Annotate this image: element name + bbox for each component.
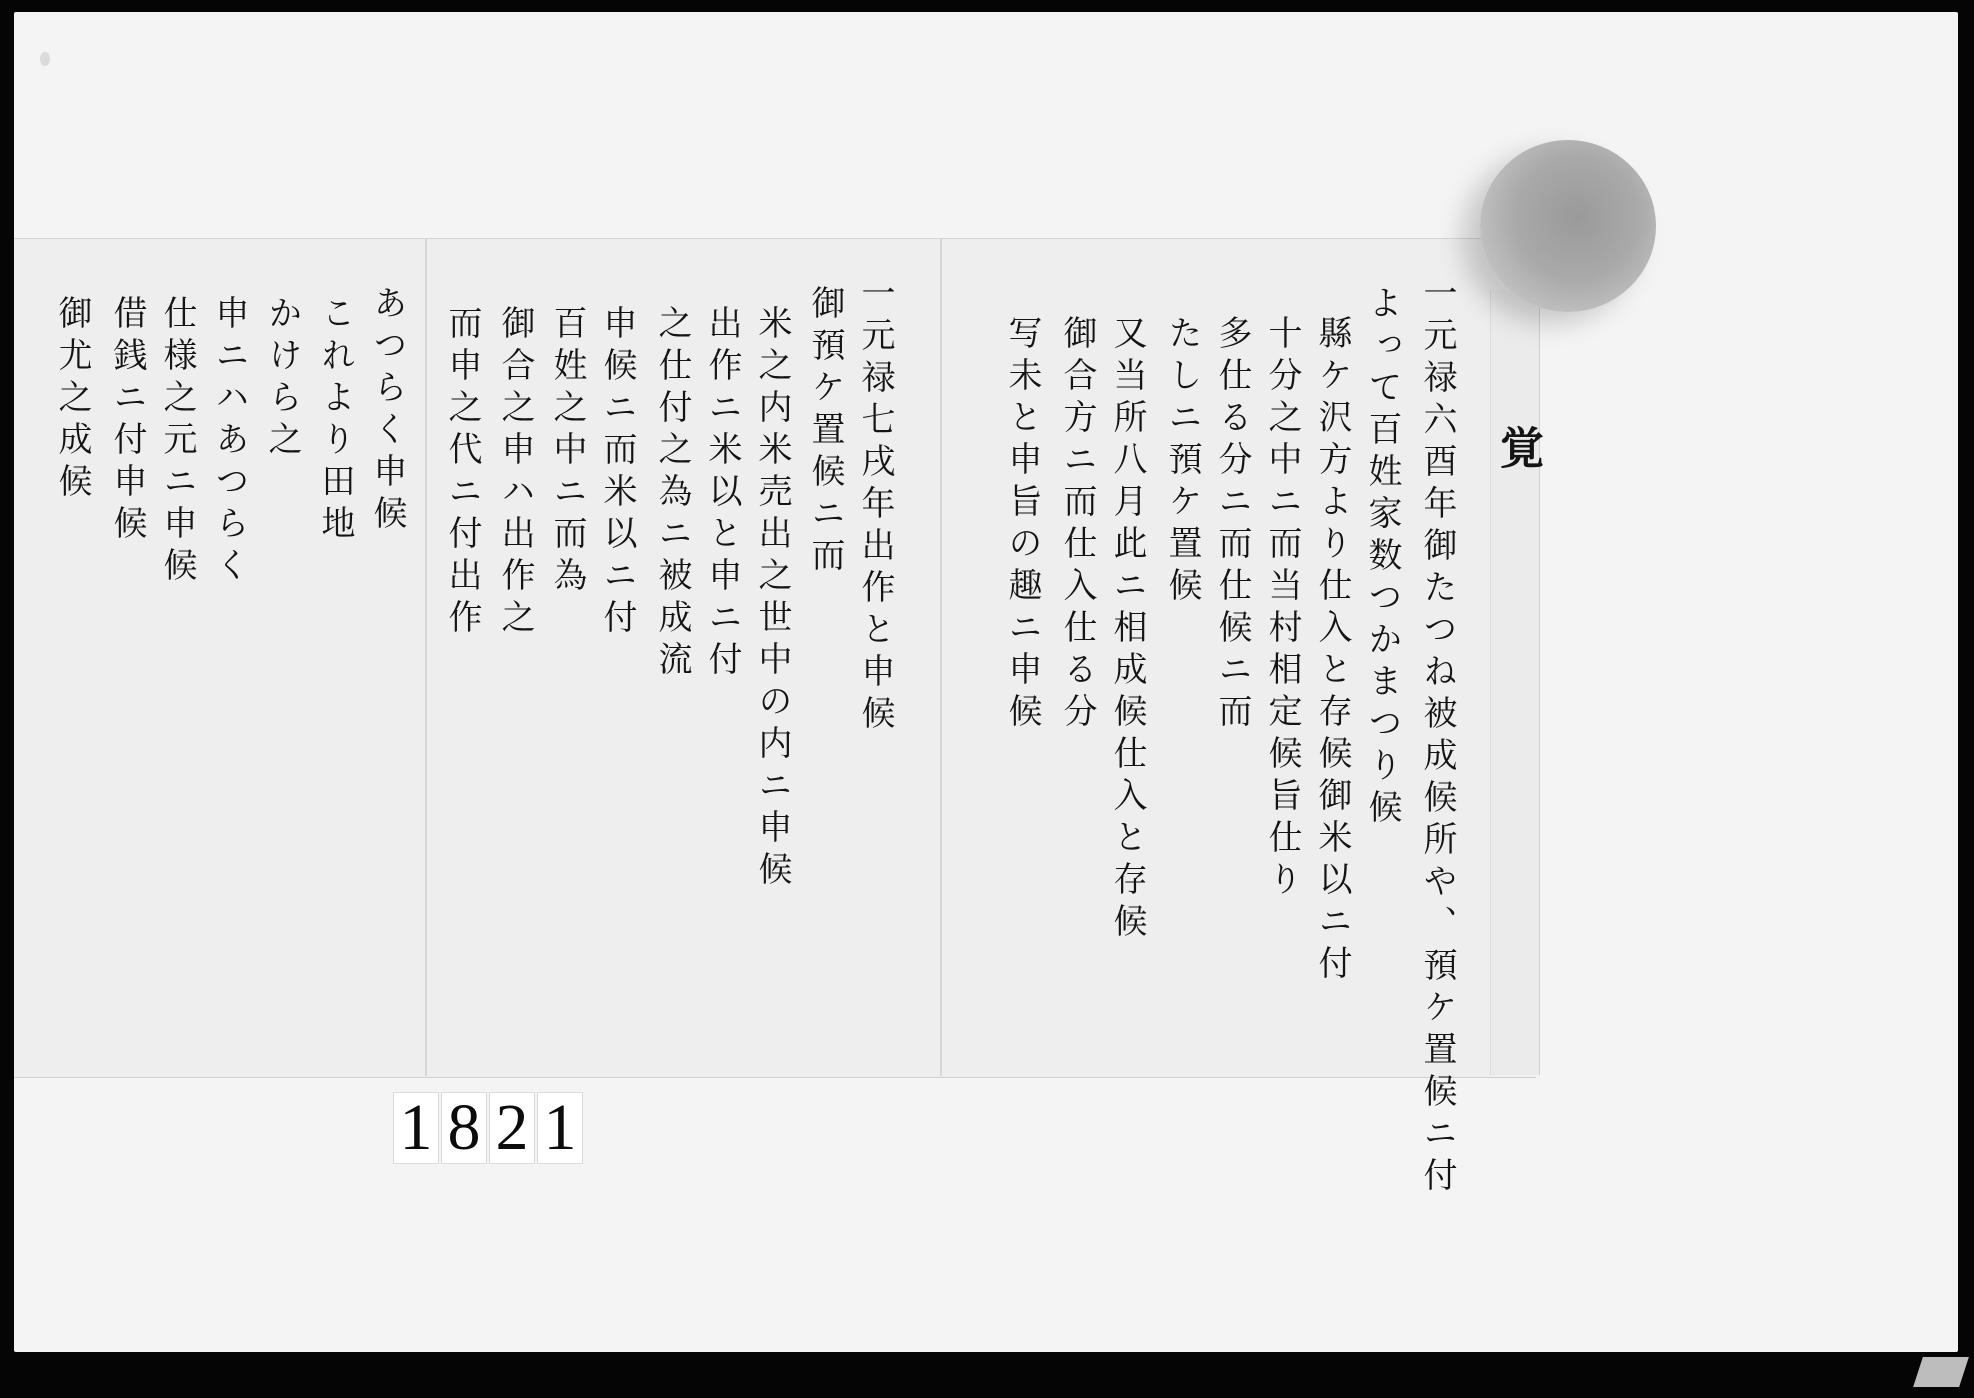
text-column: 申ニハあつらく <box>212 295 246 589</box>
text-column: あつらく申候 <box>370 285 404 537</box>
document-heading: 覚 <box>1495 425 1539 477</box>
archive-digit: 1 <box>537 1092 583 1164</box>
text-column: 一元禄六酉年御たつね被成候所や、預ケ置候ニ付 <box>1420 275 1454 1199</box>
scan-corner-tab <box>1913 1357 1969 1387</box>
text-column: 出作ニ米以と申ニ付 <box>705 305 739 683</box>
text-column: 御預ケ置候ニ而 <box>808 285 842 579</box>
text-column: かけら之 <box>265 295 299 463</box>
text-column: 御合方ニ而仕入仕る分 <box>1060 315 1094 735</box>
text-column: 而申之代ニ付出作 <box>445 305 479 641</box>
text-column: 仕様之元ニ申候 <box>160 295 194 589</box>
text-column: 之仕付之為ニ被成流 <box>655 305 689 683</box>
archive-digit: 2 <box>489 1092 535 1164</box>
text-column: 一元禄七戌年出作と申候 <box>858 275 892 737</box>
text-column: 御尤之成候 <box>55 295 89 505</box>
text-column: 写未と申旨の趣ニ申候 <box>1005 315 1039 735</box>
text-column: 十分之中ニ而当村相定候旨仕り <box>1265 315 1299 903</box>
text-column: 御合之申ハ出作之 <box>498 305 532 641</box>
text-column: 百姓之中ニ而為 <box>550 305 584 599</box>
archive-digit: 8 <box>441 1092 487 1164</box>
text-column: 又当所八月此ニ相成候仕入と存候 <box>1110 315 1144 945</box>
text-column: 多仕る分ニ而仕候ニ而 <box>1215 315 1249 735</box>
text-column: たしニ預ケ置候 <box>1165 315 1199 609</box>
text-column: これより田地 <box>318 295 352 547</box>
text-column: よって百姓家数つかまつり候 <box>1365 285 1399 831</box>
text-column: 米之内米売出之世中の内ニ申候 <box>755 305 789 893</box>
manuscript-text: 覚 一元禄六酉年御たつね被成候所や、預ケ置候ニ付 よって百姓家数つかまつり候 縣… <box>0 275 1974 1075</box>
archive-digit: 1 <box>393 1092 439 1164</box>
text-column: 借銭ニ付申候 <box>110 295 144 547</box>
paper-blemish <box>40 52 50 66</box>
text-column: 縣ケ沢方より仕入と存候御米以ニ付 <box>1315 315 1349 987</box>
text-column: 申候ニ而米以ニ付 <box>600 305 634 641</box>
archive-number-label: 1 8 2 1 <box>393 1092 583 1164</box>
